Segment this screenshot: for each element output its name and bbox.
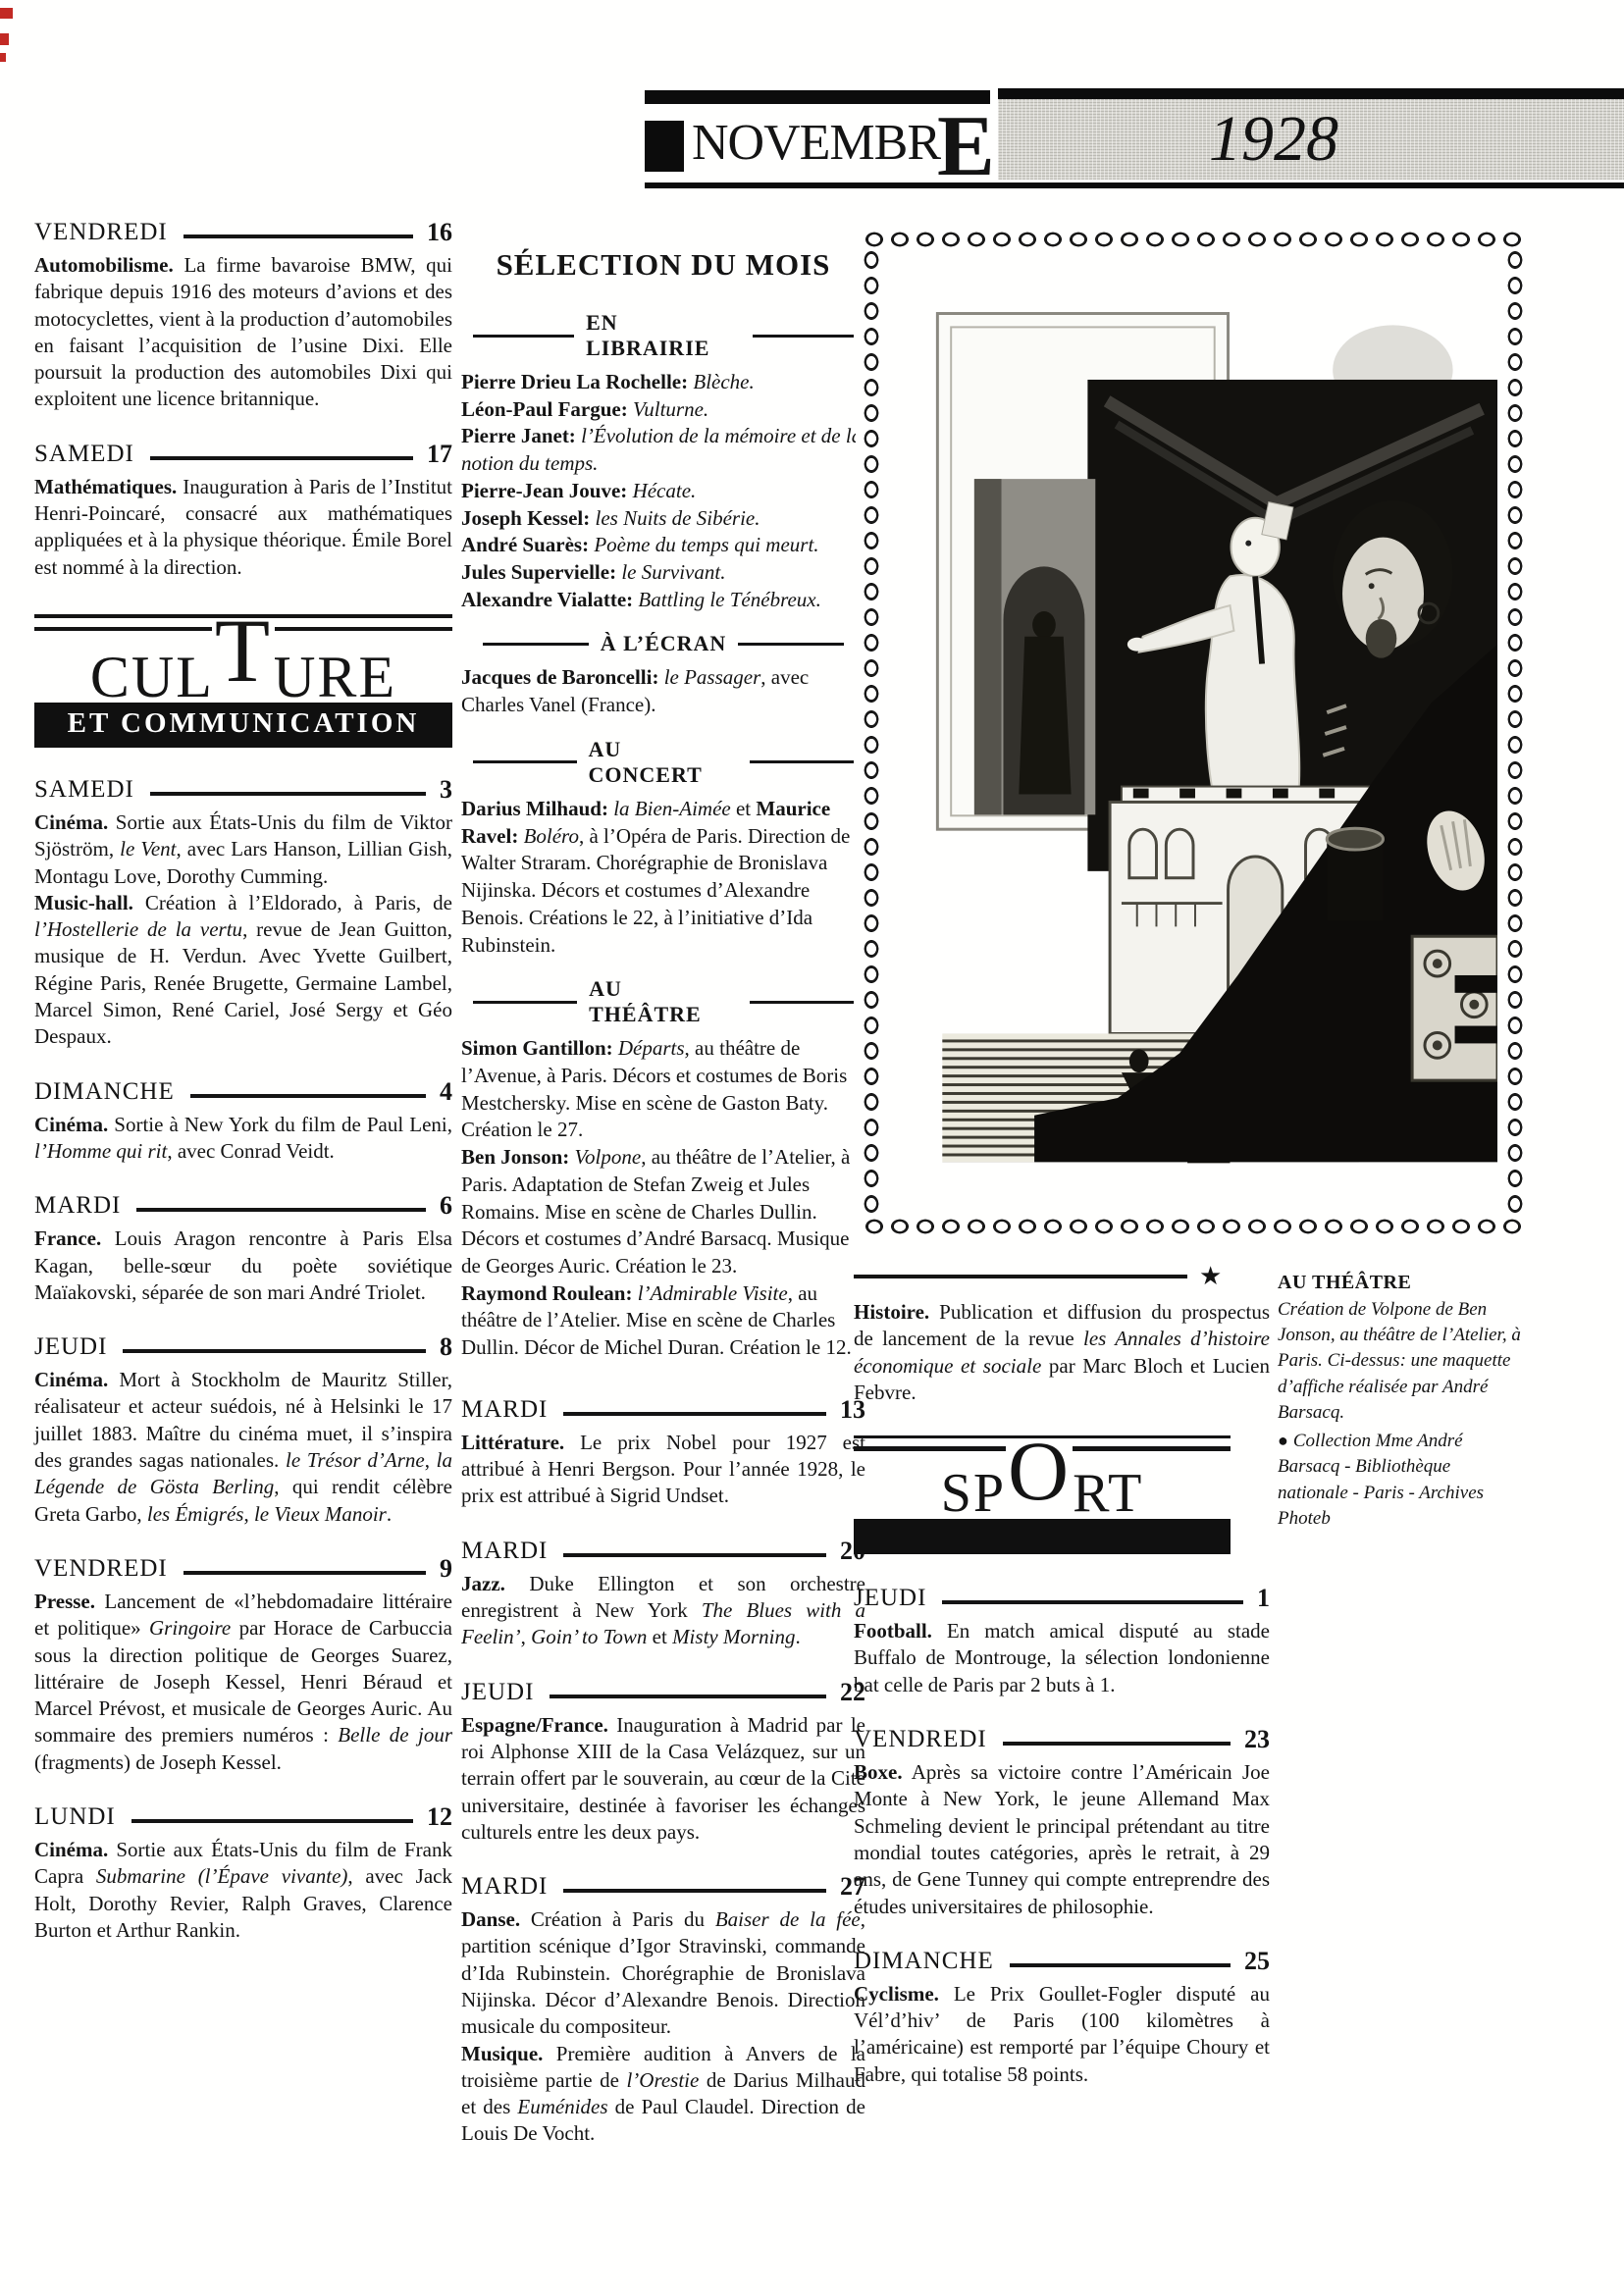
day-number: 9 bbox=[440, 1554, 452, 1584]
day-number: 25 bbox=[1244, 1947, 1270, 1976]
article-jeudi-1: JEUDI 1 Football. En match amical disput… bbox=[854, 1584, 1270, 1698]
day-name: VENDREDI bbox=[34, 219, 168, 246]
day-heading: LUNDI 12 bbox=[34, 1802, 452, 1832]
book-item: André Suarès: Poème du temps qui meurt. bbox=[461, 532, 865, 559]
registration-mark bbox=[0, 53, 6, 62]
sport-black-bar bbox=[854, 1519, 1231, 1554]
day-number: 16 bbox=[427, 218, 452, 247]
masthead-top-bar-right bbox=[998, 88, 1624, 99]
month-title: NOVEMBRE bbox=[645, 104, 1000, 183]
day-rule bbox=[563, 1889, 826, 1893]
registration-mark bbox=[0, 8, 13, 19]
rule-line bbox=[854, 1275, 1187, 1278]
day-rule bbox=[550, 1695, 826, 1698]
subhead-rule bbox=[473, 335, 574, 338]
day-number: 4 bbox=[440, 1077, 452, 1107]
subhead-au-concert: AU CONCERT bbox=[461, 737, 865, 788]
day-number: 1 bbox=[1257, 1584, 1270, 1613]
ornament-panel bbox=[1412, 936, 1497, 1080]
article-body: Presse. Lancement de «l’hebdomadaire lit… bbox=[34, 1589, 452, 1776]
article-vendredi-16: VENDREDI 16 Automobilisme. La firme bava… bbox=[34, 218, 452, 413]
day-rule bbox=[1010, 1963, 1231, 1967]
year-label: 1928 bbox=[1209, 102, 1338, 177]
book-item: Alexandre Vialatte: Battling le Ténébreu… bbox=[461, 587, 865, 614]
article-mardi-13: MARDI 13 Littérature. Le prix Nobel pour… bbox=[461, 1395, 865, 1510]
day-heading: SAMEDI 17 bbox=[34, 440, 452, 469]
article-body: Mathématiques. Inauguration à Paris de l… bbox=[34, 474, 452, 581]
subhead-rule bbox=[738, 643, 844, 646]
article-mardi-6: MARDI 6 France. Louis Aragon rencontre à… bbox=[34, 1191, 452, 1306]
day-name: MARDI bbox=[34, 1192, 121, 1220]
book-item: Jules Supervielle: le Survivant. bbox=[461, 559, 865, 587]
spacer bbox=[461, 1362, 865, 1395]
day-name: MARDI bbox=[461, 1873, 548, 1901]
day-name: MARDI bbox=[461, 1538, 548, 1565]
day-number: 3 bbox=[440, 775, 452, 805]
day-name: JEUDI bbox=[854, 1585, 926, 1612]
caption-title: AU THÉÂTRE bbox=[1278, 1272, 1521, 1294]
article-body: Cinéma. Sortie aux États-Unis du film de… bbox=[34, 809, 452, 1051]
masthead: 1928 NOVEMBRE bbox=[643, 82, 1624, 192]
registration-mark bbox=[0, 33, 9, 45]
article-mardi-20: MARDI 20 Jazz. Duke Ellington et son orc… bbox=[461, 1537, 865, 1651]
day-name: DIMANCHE bbox=[854, 1948, 994, 1975]
day-name: JEUDI bbox=[461, 1679, 534, 1706]
concert-item: Darius Milhaud: la Bien-Aimée et Maurice… bbox=[461, 796, 865, 959]
sport-title-pre: SP bbox=[941, 1463, 1006, 1524]
chain-border-icon bbox=[1503, 247, 1527, 1219]
day-heading: SAMEDI 3 bbox=[34, 775, 452, 805]
left-column: VENDREDI 16 Automobilisme. La firme bava… bbox=[34, 218, 452, 1970]
day-rule bbox=[183, 1571, 426, 1575]
caption-credit: ●Collection Mme André Barsacq - Biblioth… bbox=[1278, 1429, 1521, 1532]
article-body: Football. En match amical disputé au sta… bbox=[854, 1618, 1270, 1698]
year-panel: 1928 bbox=[998, 99, 1624, 180]
day-name: DIMANCHE bbox=[34, 1078, 175, 1106]
article-jeudi-8: JEUDI 8 Cinéma. Mort à Stockholm de Maur… bbox=[34, 1332, 452, 1528]
article-body: Cyclisme. Le Prix Goullet-Fogler disputé… bbox=[854, 1981, 1270, 2088]
histoire-rule: ★ bbox=[854, 1264, 1270, 1289]
day-rule bbox=[136, 1208, 426, 1212]
book-item: Pierre-Jean Jouve: Hécate. bbox=[461, 478, 865, 505]
day-heading: VENDREDI 9 bbox=[34, 1554, 452, 1584]
selection-title: SÉLECTION DU MOIS bbox=[461, 247, 865, 283]
day-name: MARDI bbox=[461, 1396, 548, 1424]
article-body: Cinéma. Mort à Stockholm de Mauritz Stil… bbox=[34, 1367, 452, 1528]
article-body: Danse. Création à Paris du Baiser de la … bbox=[461, 1906, 865, 2148]
day-heading: VENDREDI 16 bbox=[34, 218, 452, 247]
chain-border-icon bbox=[860, 247, 883, 1219]
subhead-rule bbox=[750, 1001, 854, 1004]
day-heading: MARDI 27 bbox=[461, 1872, 865, 1902]
day-heading: MARDI 20 bbox=[461, 1537, 865, 1566]
sport-title-big-letter: O bbox=[1006, 1441, 1073, 1500]
culture-title-pre: CUL bbox=[90, 645, 214, 709]
article-body: Boxe. Après sa victoire contre l’América… bbox=[854, 1759, 1270, 1920]
day-rule bbox=[150, 792, 426, 796]
article-dimanche-25: DIMANCHE 25 Cyclisme. Le Prix Goullet-Fo… bbox=[854, 1947, 1270, 2088]
caption-credit-text: Collection Mme André Barsacq - Bibliothè… bbox=[1278, 1431, 1484, 1529]
sport-section-header: SPORT bbox=[854, 1435, 1231, 1554]
culture-title: CULTURE bbox=[34, 635, 452, 706]
article-dimanche-4: DIMANCHE 4 Cinéma. Sortie à New York du … bbox=[34, 1077, 452, 1166]
subhead-en-librairie: EN LIBRAIRIE bbox=[461, 310, 865, 361]
day-name: SAMEDI bbox=[34, 441, 134, 468]
subhead-au-theatre: AU THÉÂTRE bbox=[461, 976, 865, 1027]
day-rule bbox=[563, 1553, 826, 1557]
subhead-rule bbox=[753, 335, 854, 338]
article-body: Jazz. Duke Ellington et son orchestre en… bbox=[461, 1571, 865, 1651]
subhead-label: EN LIBRAIRIE bbox=[586, 310, 741, 361]
middle-column: SÉLECTION DU MOIS EN LIBRAIRIE Pierre Dr… bbox=[461, 247, 865, 2174]
star-icon: ★ bbox=[1199, 1264, 1222, 1289]
sport-title: SPORT bbox=[854, 1453, 1231, 1521]
histoire-paragraph: Histoire. Publication et diffusion du pr… bbox=[854, 1299, 1270, 1406]
article-body: Littérature. Le prix Nobel pour 1927 est… bbox=[461, 1430, 865, 1510]
day-rule bbox=[123, 1349, 426, 1353]
chain-border-icon bbox=[862, 1215, 1525, 1238]
subhead-label: AU THÉÂTRE bbox=[589, 976, 738, 1027]
day-name: LUNDI bbox=[34, 1803, 116, 1831]
bullet-icon: ● bbox=[1278, 1431, 1288, 1450]
subhead-rule bbox=[483, 643, 589, 646]
day-rule bbox=[1003, 1742, 1231, 1746]
day-heading: JEUDI 22 bbox=[461, 1678, 865, 1707]
right-column: ★ Histoire. Publication et diffusion du … bbox=[854, 1264, 1270, 2114]
day-rule bbox=[942, 1600, 1243, 1604]
day-heading: JEUDI 8 bbox=[34, 1332, 452, 1362]
masthead-bottom-rule bbox=[645, 183, 1624, 188]
article-body: France. Louis Aragon rencontre à Paris E… bbox=[34, 1226, 452, 1306]
day-name: VENDREDI bbox=[854, 1726, 987, 1753]
subhead-rule bbox=[473, 1001, 577, 1004]
day-heading: VENDREDI 23 bbox=[854, 1725, 1270, 1754]
day-rule bbox=[190, 1094, 426, 1098]
day-number: 12 bbox=[427, 1802, 452, 1832]
day-number: 8 bbox=[440, 1332, 452, 1362]
article-body: Cinéma. Sortie à New York du film de Pau… bbox=[34, 1112, 452, 1166]
day-rule bbox=[150, 456, 413, 460]
culture-title-post: URE bbox=[273, 645, 396, 709]
screen-item: Jacques de Baroncelli: le Passager, avec… bbox=[461, 664, 865, 718]
book-item: Pierre Drieu La Rochelle: Blèche. bbox=[461, 369, 865, 396]
caption-column: AU THÉÂTRE Création de Volpone de Ben Jo… bbox=[1278, 1272, 1521, 1532]
day-number: 23 bbox=[1244, 1725, 1270, 1754]
subhead-rule bbox=[473, 760, 577, 763]
book-item: Léon-Paul Fargue: Vulturne. bbox=[461, 396, 865, 424]
volpone-illustration bbox=[856, 222, 1531, 1244]
subhead-label: AU CONCERT bbox=[589, 737, 739, 788]
theatre-item: Ben Jonson: Volpone, au théâtre de l’Ate… bbox=[461, 1144, 865, 1280]
theatre-item: Simon Gantillon: Départs, au théâtre de … bbox=[461, 1035, 865, 1144]
black-square-icon bbox=[645, 121, 684, 172]
subhead-label: À L’ÉCRAN bbox=[601, 631, 727, 656]
article-samedi-3: SAMEDI 3 Cinéma. Sortie aux États-Unis d… bbox=[34, 775, 452, 1051]
culture-title-big-letter: T bbox=[212, 619, 275, 682]
book-item: Pierre Janet: l’Évolution de la mémoire … bbox=[461, 423, 865, 477]
day-heading: JEUDI 1 bbox=[854, 1584, 1270, 1613]
caption-body: Création de Volpone de Ben Jonson, au th… bbox=[1278, 1297, 1521, 1426]
day-heading: MARDI 6 bbox=[34, 1191, 452, 1221]
magazine-page: 1928 NOVEMBRE VENDREDI 16 Automobilisme.… bbox=[0, 0, 1624, 2295]
day-heading: MARDI 13 bbox=[461, 1395, 865, 1425]
subhead-rule bbox=[750, 760, 854, 763]
stage-artwork bbox=[889, 255, 1497, 1211]
day-heading: DIMANCHE 4 bbox=[34, 1077, 452, 1107]
article-vendredi-23: VENDREDI 23 Boxe. Après sa victoire cont… bbox=[854, 1725, 1270, 1920]
culture-subtitle-bar: ET COMMUNICATION bbox=[34, 703, 452, 748]
theatre-item: Raymond Roulean: l’Admirable Visite, au … bbox=[461, 1280, 865, 1362]
day-number: 6 bbox=[440, 1191, 452, 1221]
day-rule bbox=[563, 1412, 826, 1416]
article-vendredi-9: VENDREDI 9 Presse. Lancement de «l’hebdo… bbox=[34, 1554, 452, 1776]
day-rule bbox=[131, 1819, 413, 1823]
article-body: Automobilisme. La firme bavaroise BMW, q… bbox=[34, 252, 452, 413]
day-name: VENDREDI bbox=[34, 1555, 168, 1583]
article-samedi-17: SAMEDI 17 Mathématiques. Inauguration à … bbox=[34, 440, 452, 581]
article-jeudi-22: JEUDI 22 Espagne/France. Inauguration à … bbox=[461, 1678, 865, 1846]
article-body: Espagne/France. Inauguration à Madrid pa… bbox=[461, 1712, 865, 1846]
day-name: JEUDI bbox=[34, 1333, 107, 1361]
day-rule bbox=[183, 235, 413, 238]
day-heading: DIMANCHE 25 bbox=[854, 1947, 1270, 1976]
article-lundi-12: LUNDI 12 Cinéma. Sortie aux États-Unis d… bbox=[34, 1802, 452, 1944]
sport-title-post: RT bbox=[1073, 1463, 1143, 1524]
article-body: Cinéma. Sortie aux États-Unis du film de… bbox=[34, 1837, 452, 1944]
month-name: NOVEMBR bbox=[692, 118, 940, 169]
book-item: Joseph Kessel: les Nuits de Sibérie. bbox=[461, 505, 865, 533]
culture-section-header: CULTURE ET COMMUNICATION bbox=[34, 614, 452, 748]
day-number: 17 bbox=[427, 440, 452, 469]
subhead-a-l-ecran: À L’ÉCRAN bbox=[461, 631, 865, 656]
day-name: SAMEDI bbox=[34, 776, 134, 804]
archway bbox=[974, 479, 1095, 814]
article-mardi-27: MARDI 27 Danse. Création à Paris du Bais… bbox=[461, 1872, 865, 2148]
chain-border-icon bbox=[862, 228, 1525, 251]
